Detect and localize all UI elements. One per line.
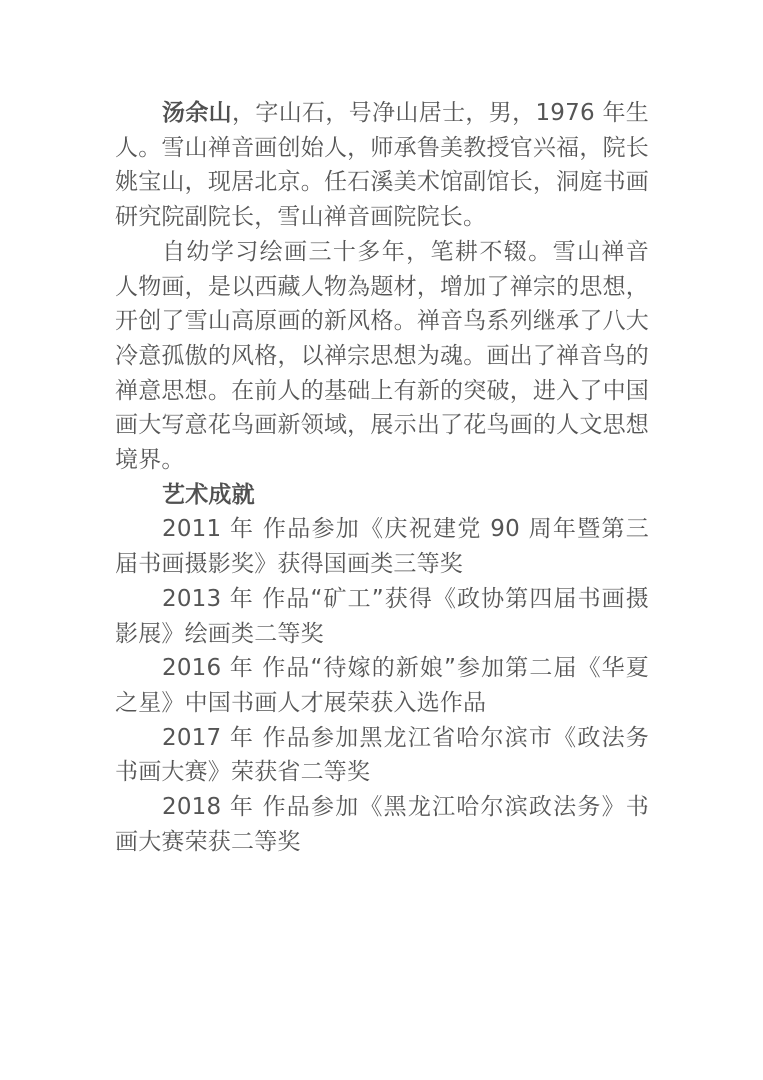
artist-name: 汤余山 xyxy=(162,100,232,126)
bio-intro-paragraph: 汤余山，字山石，号净山居士，男，1976 年生人。雪山禅音画创始人，师承鲁美教授… xyxy=(115,96,649,235)
document-page: 汤余山，字山石，号净山居士，男，1976 年生人。雪山禅音画创始人，师承鲁美教授… xyxy=(115,96,649,859)
achievements-heading: 艺术成就 xyxy=(115,478,649,513)
achievement-item: 2011 年 作品参加《庆祝建党 90 周年暨第三届书画摄影奖》获得国画类三等奖 xyxy=(115,512,649,581)
achievement-item: 2013 年 作品“矿工”获得《政协第四届书画摄影展》绘画类二等奖 xyxy=(115,582,649,651)
achievement-item: 2018 年 作品参加《黑龙江哈尔滨政法务》书画大赛荣获二等奖 xyxy=(115,790,649,859)
achievement-item: 2016 年 作品“待嫁的新娘”参加第二届《华夏之星》中国书画人才展荣获入选作品 xyxy=(115,651,649,720)
achievement-item: 2017 年 作品参加黑龙江省哈尔滨市《政法务书画大赛》荣获省二等奖 xyxy=(115,721,649,790)
bio-description-paragraph: 自幼学习绘画三十多年，笔耕不辍。雪山禅音人物画，是以西藏人物為题材，增加了禅宗的… xyxy=(115,235,649,478)
